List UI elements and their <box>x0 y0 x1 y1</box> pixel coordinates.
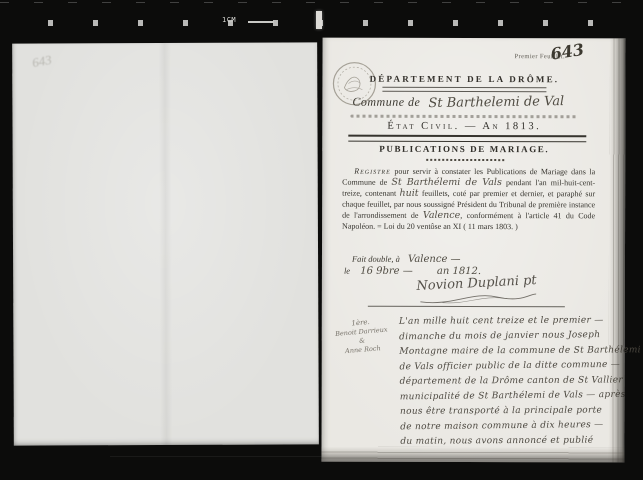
film-perforation-line <box>0 2 643 3</box>
commune-printed-label: Commune de <box>352 95 420 109</box>
commune-line: Commune de St Barthelemi de Val <box>352 93 588 112</box>
microfilm-scan: 1CM 643 Premier Feuillet. 643 DÉPARTEMEN… <box>0 0 643 480</box>
left-blank-page: 643 <box>12 42 319 445</box>
dotted-divider <box>426 159 504 161</box>
commune-handwritten-name: St Barthelemi de Val <box>428 94 564 111</box>
etat-civil-title: État Civil. — An 1813. <box>340 121 588 133</box>
department-underline <box>382 87 546 92</box>
register-handwritten-commune: St Barthélemi de Vals <box>391 177 502 188</box>
page-edge-stack-bottom <box>321 447 624 463</box>
ink-bleed-mark: 643 <box>31 52 53 71</box>
act-margin-note: 1ère. Benoit Darrieux & Anne Roch <box>322 316 401 358</box>
act-line: nous être transporté à la principale por… <box>400 403 620 419</box>
film-frame-marker <box>316 11 322 29</box>
date-handwritten: 16 9bre — <box>360 266 413 277</box>
le-printed: le <box>344 266 350 276</box>
section-separator-rule <box>368 306 565 308</box>
ruler-tick-marks <box>48 20 608 26</box>
act-line: L'an mille huit cent treize et le premie… <box>399 313 619 329</box>
fait-double-line: Fait double, à Valence — <box>352 254 461 265</box>
double-rule-divider <box>348 135 586 143</box>
chain-divider <box>350 115 578 119</box>
register-handwritten-count: huit <box>400 188 419 199</box>
fait-double-place-handwritten: Valence — <box>408 254 461 265</box>
fait-double-printed: Fait double, à <box>352 254 400 264</box>
register-paragraph: Registre pour servir à constater les Pub… <box>342 166 595 233</box>
page-edge-stack-right <box>608 38 625 462</box>
handwritten-act-text: L'an mille huit cent treize et le premie… <box>399 313 621 450</box>
handwritten-page-number: 643 <box>549 40 585 64</box>
register-title-page: Premier Feuillet. 643 DÉPARTEMENT DE LA … <box>321 38 625 463</box>
register-handwritten-city: Valence <box>423 210 460 221</box>
publications-title: PUBLICATIONS DE MARIAGE. <box>340 144 588 155</box>
ruler-scale-label: 1CM <box>222 16 236 24</box>
act-line: département de la Drôme canton de St Val… <box>400 373 620 389</box>
register-lead-word: Registre <box>354 167 391 176</box>
ruler-scale-bar <box>248 21 274 23</box>
act-line: Montagne maire de la commune de St Barth… <box>399 343 619 359</box>
department-title: DÉPARTEMENT DE LA DRÔME. <box>340 74 588 85</box>
president-signature: Novion Duplani pt <box>401 272 552 308</box>
